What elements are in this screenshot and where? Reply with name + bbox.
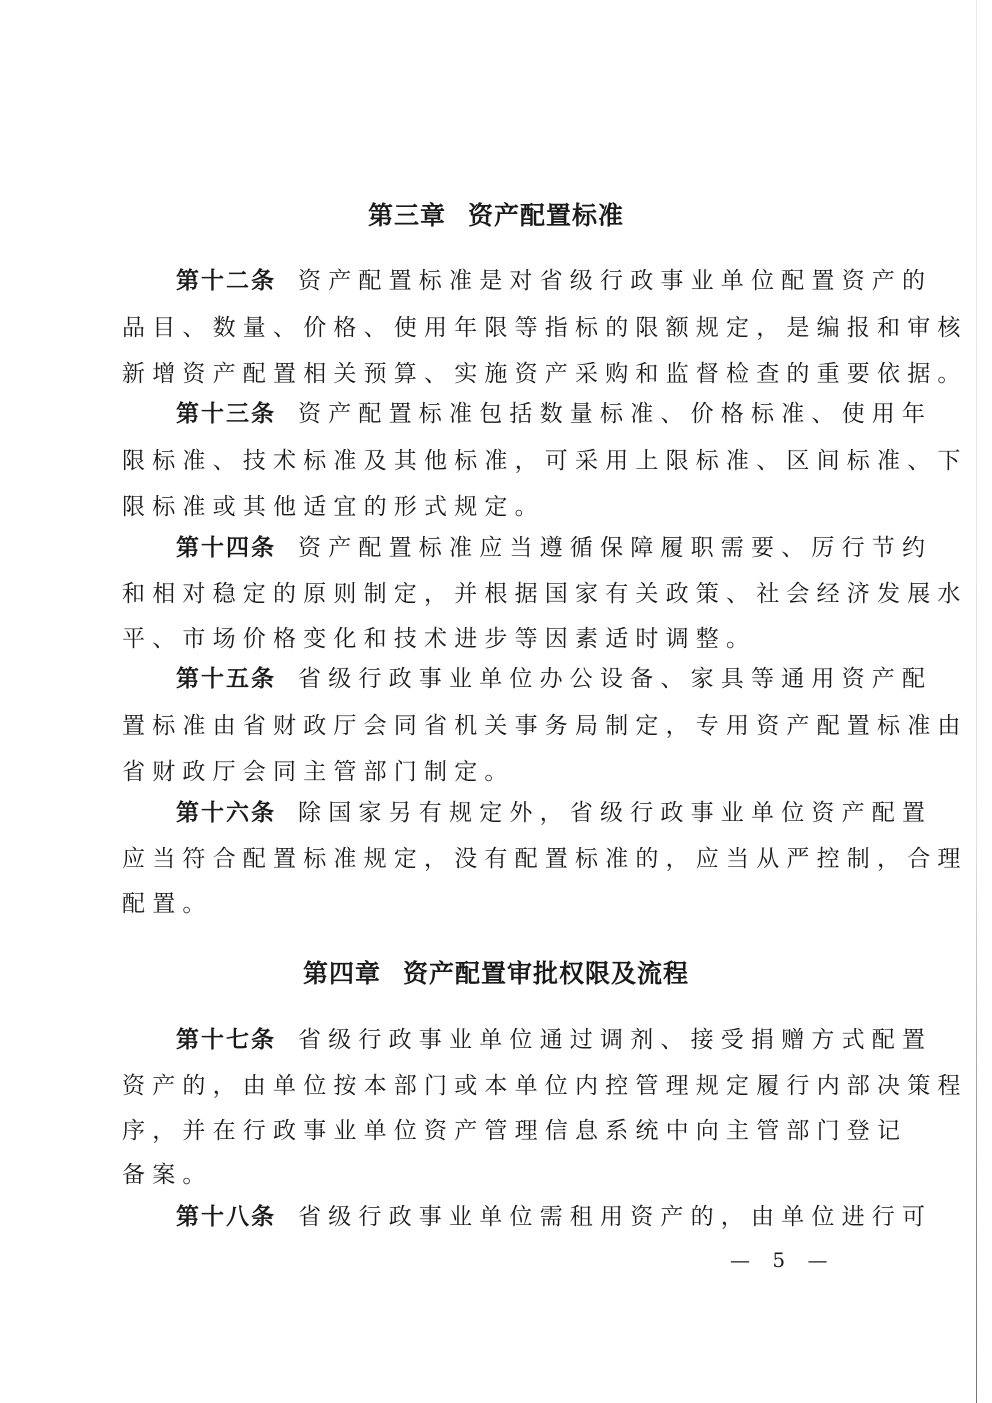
article-17-line-1: 第十七条省级行政事业单位通过调剂、接受捐赠方式配置: [176, 1025, 848, 1055]
article-text: 资产配置标准应当遵循保障履职需要、厉行节约: [298, 535, 932, 561]
article-12-line-3: 新增资产配置相关预算、实施资产采购和监督检查的重要依据。: [122, 359, 848, 389]
chapter-number: 第四章: [303, 959, 381, 988]
article-14-line-3: 平、市场价格变化和技术进步等因素适时调整。: [122, 624, 848, 654]
article-13-line-2: 限标准、技术标准及其他标准，可采用上限标准、区间标准、下: [122, 446, 848, 476]
article-text: 省级行政事业单位办公设备、家具等通用资产配: [298, 666, 932, 692]
article-16-line-3: 配置。: [122, 889, 848, 919]
article-14-line-1: 第十四条资产配置标准应当遵循保障履职需要、厉行节约: [176, 533, 848, 563]
article-text: 省级行政事业单位通过调剂、接受捐赠方式配置: [298, 1027, 932, 1053]
article-15-line-3: 省财政厅会同主管部门制定。: [122, 757, 848, 787]
article-text: 资产配置标准包括数量标准、价格标准、使用年: [298, 401, 932, 427]
chapter-4-heading: 第四章资产配置审批权限及流程: [0, 954, 992, 990]
article-label: 第十六条: [176, 800, 276, 826]
article-14-line-2: 和相对稳定的原则制定，并根据国家有关政策、社会经济发展水: [122, 579, 848, 609]
article-text: 资产配置标准是对省级行政事业单位配置资产的: [298, 268, 932, 294]
article-15-line-2: 置标准由省财政厅会同省机关事务局制定，专用资产配置标准由: [122, 711, 848, 741]
article-13-line-3: 限标准或其他适宜的形式规定。: [122, 492, 848, 522]
chapter-title: 资产配置标准: [468, 201, 624, 230]
article-12-line-1: 第十二条资产配置标准是对省级行政事业单位配置资产的: [176, 266, 848, 296]
chapter-title: 资产配置审批权限及流程: [403, 959, 689, 988]
article-17-line-4: 备案。: [122, 1160, 848, 1190]
page-number: — 5 —: [730, 1248, 835, 1272]
article-label: 第十二条: [176, 268, 276, 294]
article-text: 除国家另有规定外，省级行政事业单位资产配置: [298, 800, 932, 826]
article-label: 第十四条: [176, 535, 276, 561]
article-label: 第十八条: [176, 1204, 276, 1230]
chapter-number: 第三章: [368, 201, 446, 230]
article-label: 第十三条: [176, 401, 276, 427]
article-17-line-2: 资产的，由单位按本部门或本单位内控管理规定履行内部决策程: [122, 1071, 848, 1101]
article-12-line-2: 品目、数量、价格、使用年限等指标的限额规定，是编报和审核: [122, 313, 848, 343]
article-text: 省级行政事业单位需租用资产的，由单位进行可: [298, 1204, 932, 1230]
article-15-line-1: 第十五条省级行政事业单位办公设备、家具等通用资产配: [176, 664, 848, 694]
article-16-line-2: 应当符合配置标准规定，没有配置标准的，应当从严控制，合理: [122, 844, 848, 874]
document-page: 第三章资产配置标准 第十二条资产配置标准是对省级行政事业单位配置资产的 品目、数…: [0, 0, 992, 1403]
article-18-line-1: 第十八条省级行政事业单位需租用资产的，由单位进行可: [176, 1202, 848, 1232]
article-label: 第十七条: [176, 1027, 276, 1053]
article-16-line-1: 第十六条除国家另有规定外，省级行政事业单位资产配置: [176, 798, 848, 828]
article-17-line-3: 序，并在行政事业单位资产管理信息系统中向主管部门登记: [122, 1116, 848, 1146]
article-label: 第十五条: [176, 666, 276, 692]
chapter-3-heading: 第三章资产配置标准: [0, 196, 992, 232]
article-13-line-1: 第十三条资产配置标准包括数量标准、价格标准、使用年: [176, 399, 848, 429]
